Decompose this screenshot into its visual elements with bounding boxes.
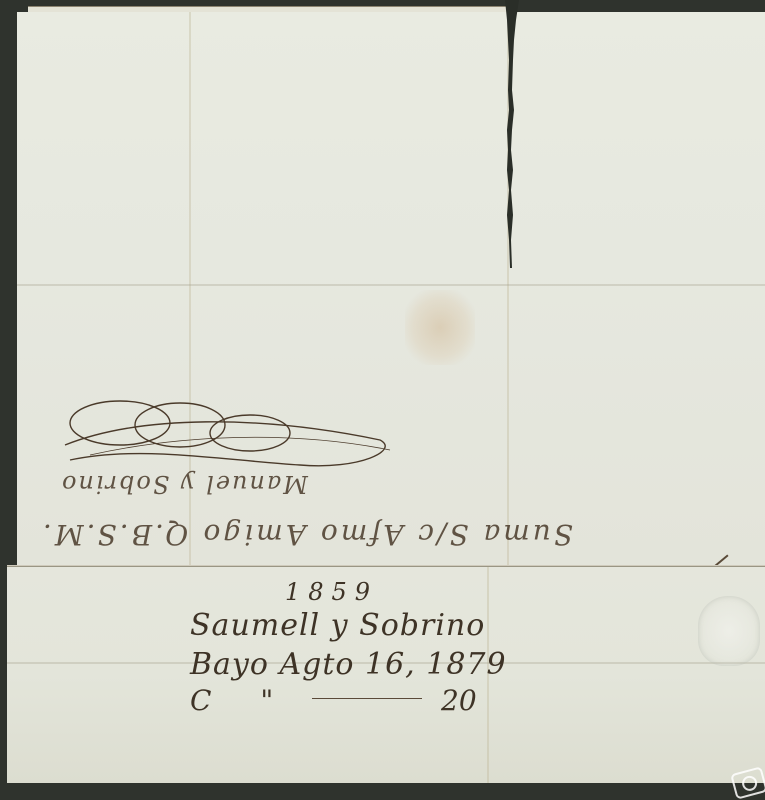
year-docket: 1859 bbox=[285, 578, 490, 606]
water-stain bbox=[405, 290, 475, 365]
fold-line bbox=[17, 284, 765, 286]
upside-down-closing: Suma S/c Afmo Amigo Q.B.S.M. bbox=[40, 518, 573, 551]
rate-dash bbox=[312, 698, 422, 699]
place-date: Bayo Agto 16, 1879 bbox=[190, 647, 490, 682]
scanned-letter: Manuel y Sobrino Suma S/c Afmo Amigo Q.B… bbox=[0, 0, 765, 800]
address-block: 1859 Saumell y Sobrino Bayo Agto 16, 187… bbox=[190, 578, 490, 717]
upside-down-signature: Manuel y Sobrino bbox=[60, 470, 308, 498]
paper-tear bbox=[505, 0, 519, 270]
rate-ditto: " bbox=[260, 684, 273, 717]
embossed-seal-icon bbox=[698, 596, 760, 666]
rate-line: C " 20 bbox=[190, 684, 490, 717]
rate-prefix: C bbox=[190, 684, 211, 717]
addressee-name: Saumell y Sobrino bbox=[190, 608, 490, 643]
rate-value: 20 bbox=[441, 684, 477, 717]
place-date-text: Bayo Agto 16, 1879 bbox=[190, 647, 507, 682]
